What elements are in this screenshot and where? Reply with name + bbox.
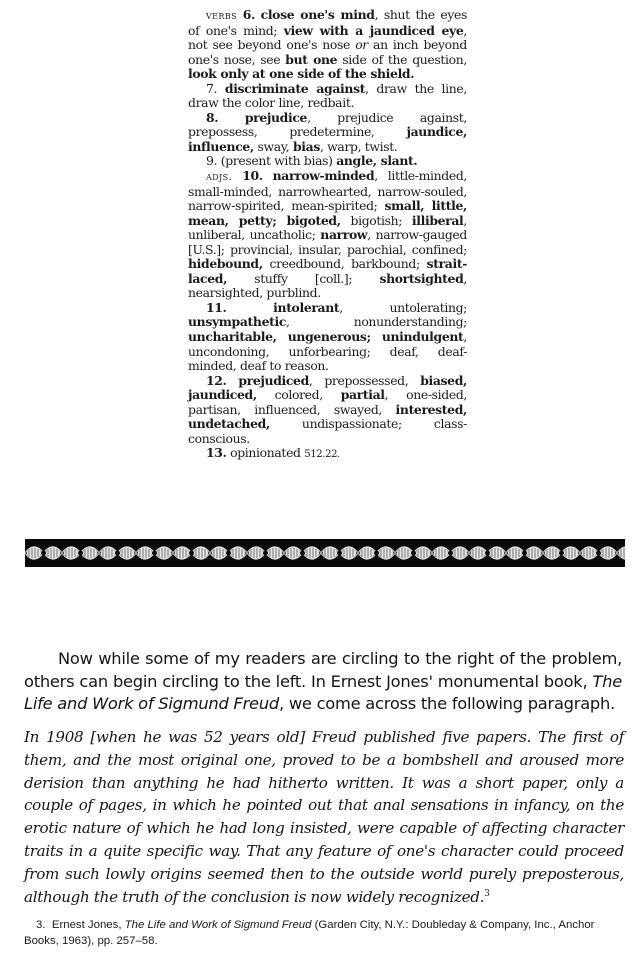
ornamental-rope-band-icon (25, 539, 625, 567)
thesaurus-entry-7: 7. discriminate against, draw the line, … (188, 82, 467, 111)
headword: discriminate against (225, 81, 365, 96)
body-paragraph: Now while some of my readers are circlin… (24, 648, 622, 716)
headword: unsympathetic (188, 314, 286, 329)
synonym-text: or (355, 37, 368, 52)
thesaurus-entry-13: 13. opinionated 512.22. (188, 446, 467, 463)
thesaurus-entry-6: VERBS 6. close one's mind, shut the eyes… (188, 8, 467, 82)
cross-reference: 512.22. (304, 449, 340, 460)
headword: hidebound, (188, 256, 263, 271)
headword: partial (341, 387, 385, 402)
thesaurus-entry-column: VERBS 6. close one's mind, shut the eyes… (188, 8, 467, 463)
synonym-text: , untolerating; (339, 300, 467, 315)
rope-pattern-graphic (25, 539, 625, 567)
entry-text: prejudiced, prepossessed, biased, jaundi… (188, 373, 467, 446)
synonym-text: bigotish; (341, 213, 412, 228)
part-of-speech-label: VERBS (206, 9, 237, 22)
entry-number: 6. (243, 7, 255, 22)
thesaurus-entry-10: ADJS. 10. narrow-minded, little-minded, … (188, 169, 467, 301)
footnote-reference[interactable]: 3 (484, 889, 489, 899)
entry-text: prejudice, prejudice against, prepossess… (188, 110, 467, 154)
part-of-speech-label: ADJS. (206, 170, 232, 183)
synonym-text: , warp, twist. (320, 139, 398, 154)
headword: illiberal (412, 213, 464, 228)
entry-text: narrow-minded, little-minded, small-mind… (188, 168, 467, 300)
footnote-author: Ernest Jones, (52, 919, 122, 931)
entry-number: 9. (206, 153, 217, 168)
headword: bias (293, 139, 320, 154)
quote-text: In 1908 [when he was 52 years old] Freud… (24, 728, 624, 906)
entry-text: discriminate against, draw the line, dra… (188, 81, 467, 111)
body-text: , we come across the following paragraph… (279, 694, 615, 713)
headword: prejudiced (238, 373, 309, 388)
synonym-text: , prepossessed, (309, 373, 420, 388)
thesaurus-entry-12: 12. prejudiced, prepossessed, biased, ja… (188, 374, 467, 447)
thesaurus-entry-11: 11. intolerant, untolerating; unsympathe… (188, 301, 467, 374)
synonym-text: colored, (257, 387, 341, 402)
synonym-text: sway, (254, 139, 293, 154)
synonym-text: stuffy [coll.]; (227, 271, 379, 286)
thesaurus-entry-9: 9. (present with bias) angle, slant. (188, 154, 467, 169)
headword: view with a jaundiced eye (284, 23, 464, 38)
entry-number: 7. (206, 81, 217, 96)
entry-text: intolerant, untolerating; unsympathetic,… (188, 300, 467, 373)
footnote-number: 3. (36, 919, 46, 931)
footnote: 3. Ernest Jones, The Life and Work of Si… (24, 918, 624, 949)
headword: prejudice (245, 110, 307, 125)
entry-text: opinionated (230, 445, 301, 460)
entry-number: 12. (206, 373, 227, 388)
thesaurus-entry-8: 8. prejudice, prejudice against, preposs… (188, 111, 467, 155)
synonym-text: side of the question, (337, 52, 467, 67)
headword: shortsighted (379, 271, 463, 286)
block-quote: In 1908 [when he was 52 years old] Freud… (24, 726, 624, 908)
body-text: Now while some of my readers are circlin… (24, 649, 622, 691)
headword: close one's mind (261, 7, 375, 22)
headword: look only at one side of the shield. (188, 66, 414, 81)
headword: but one (285, 52, 337, 67)
entry-number: 8. (206, 110, 218, 125)
entry-number: 11. (206, 300, 227, 315)
headword: narrow-minded (273, 168, 375, 183)
entry-number: 13. (206, 445, 227, 460)
synonym-text: creedbound, barkbound; (263, 256, 427, 271)
headword: narrow (320, 227, 367, 242)
headword: uncharitable, ungenerous; unindulgent (188, 329, 463, 344)
synonym-text: (present with bias) (221, 153, 337, 168)
entry-text: (present with bias) angle, slant. (221, 153, 418, 168)
headword: intolerant (273, 300, 339, 315)
headword: angle, slant. (336, 153, 417, 168)
footnote-book-title: The Life and Work of Sigmund Freud (125, 919, 312, 931)
entry-number: 10. (242, 168, 263, 183)
synonym-text: , nonunderstanding; (286, 314, 467, 329)
